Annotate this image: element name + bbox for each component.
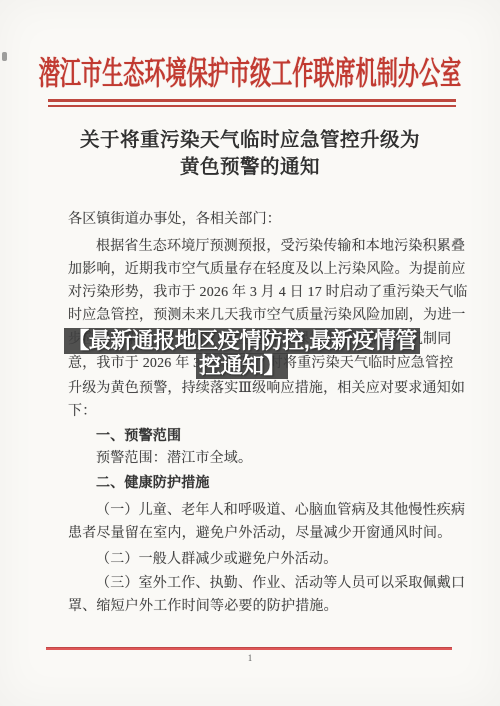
document-line: 时应急管控，预测未来几天我市空气质量污染风险加剧，为进一	[68, 308, 466, 323]
document-line: 患者尽量留在室内，避免户外活动，尽量减少开窗通风时间。	[68, 526, 451, 541]
document-title: 关于将重污染天气临时应急管控升级为 黄色预警的通知	[0, 130, 500, 179]
document-title-line2: 黄色预警的通知	[0, 157, 500, 179]
document-line: 各区镇街道办事处，各相关部门：	[68, 212, 281, 227]
caption-overlay-line1: 【最新通报地区疫情防控,最新疫情管	[64, 328, 420, 354]
document-letterhead: 潜江市生态环境保护市级工作联席机制办公室	[0, 52, 500, 94]
footer-divider	[46, 647, 452, 650]
document-line: 二、健康防护措施	[96, 475, 210, 490]
document-page: 潜江市生态环境保护市级工作联席机制办公室 关于将重污染天气临时应急管控升级为 黄…	[0, 0, 500, 706]
letterhead-agency-name: 潜江市生态环境保护市级工作联席机制办公室	[39, 57, 461, 89]
document-line: 罩、缩短户外工作时间等必要的防护措施。	[68, 599, 338, 614]
letterhead-divider	[48, 99, 456, 107]
document-line: （二）一般人群减少或避免户外活动。	[96, 552, 337, 567]
document-line: 升级为黄色预警，持续落实Ⅲ级响应措施，相关应对要求通知如	[68, 381, 465, 396]
caption-overlay-line2: 控通知】	[196, 353, 288, 379]
caption-overlay: 【最新通报地区疫情防控,最新疫情管 控通知】	[55, 328, 429, 379]
document-line: 下：	[68, 404, 96, 419]
document-title-line1: 关于将重污染天气临时应急管控升级为	[0, 130, 500, 152]
page-number: 1	[0, 653, 500, 663]
document-line: 根据省生态环境厅预测预报，受污染传输和本地污染积累叠	[96, 239, 465, 254]
document-line: （一）儿童、老年人和呼吸道、心脑血管病及其他慢性疾病	[96, 503, 465, 518]
document-line: （三）室外工作、执勤、作业、活动等人员可以采取佩戴口	[96, 576, 465, 591]
document-line: 加影响，近期我市空气质量存在轻度及以上污染风险。为提前应	[68, 262, 466, 277]
document-line: 预警范围：潜江市全域。	[96, 451, 252, 466]
document-line: 对污染形势，我市于 2026 年 3 月 4 日 17 时启动了重污染天气临	[68, 285, 468, 300]
document-line: 一、预警范围	[96, 428, 181, 443]
